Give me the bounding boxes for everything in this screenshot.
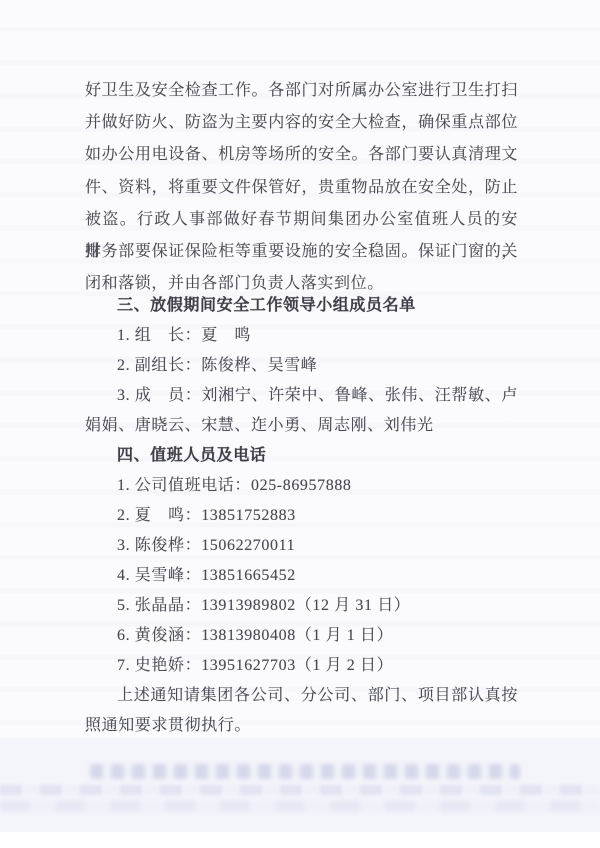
members-line: 3. 成 员：刘湘宁、许荣中、鲁峰、张伟、汪帮敏、卢: [85, 381, 518, 411]
phone-item: 6. 黄俊涵：13813980408（1 月 1 日）: [85, 621, 518, 651]
closing-line: 上述通知请集团各公司、分公司、部门、项目部认真按: [85, 681, 518, 711]
sections-block: 三、放假期间安全工作领导小组成员名单 1. 组 长：夏 鸣 2. 副组长：陈俊桦…: [85, 291, 518, 741]
scan-artifact-band: [0, 738, 600, 832]
scan-artifact-streak: [0, 785, 600, 795]
phone-item: 4. 吴雪峰：13851665452: [85, 561, 518, 591]
body-paragraph: 好卫生及安全检查工作。各部门对所属办公室进行卫生打扫 并做好防火、防盗为主要内容…: [85, 75, 518, 300]
phone-item: 5. 张晶晶：13913989802（12 月 31 日）: [85, 591, 518, 621]
body-text-line: 财务部要保证保险柜等重要设施的安全稳固。保证门窗的关: [85, 236, 518, 268]
body-text-line: 并做好防火、防盗为主要内容的安全大检查，确保重点部位: [85, 107, 518, 139]
body-text-line: 被盗。行政人事部做好春节期间集团办公室值班人员的安排，: [85, 204, 518, 236]
scan-artifact-streak: [0, 800, 600, 812]
body-text-line: 件、资料，将重要文件保管好，贵重物品放在安全处，防止: [85, 172, 518, 204]
body-text-line: 如办公用电设备、机房等场所的安全。各部门要认真清理文: [85, 139, 518, 171]
document-page: 好卫生及安全检查工作。各部门对所属办公室进行卫生打扫 并做好防火、防盗为主要内容…: [0, 0, 600, 848]
scan-artifact-ghost-text: [90, 764, 520, 779]
section-heading-3: 三、放假期间安全工作领导小组成员名单: [85, 291, 518, 321]
members-line-continuation: 娟娟、唐晓云、宋慧、迮小勇、周志刚、刘伟光: [85, 411, 518, 441]
phone-item: 2. 夏 鸣：13851752883: [85, 501, 518, 531]
section-heading-4: 四、值班人员及电话: [85, 441, 518, 471]
page-bottom-margin: [0, 832, 600, 848]
phone-item: 1. 公司值班电话：025-86957888: [85, 471, 518, 501]
phone-item: 3. 陈俊桦：15062270011: [85, 531, 518, 561]
closing-line: 照通知要求贯彻执行。: [85, 711, 518, 741]
deputy-leader-item: 2. 副组长：陈俊桦、吴雪峰: [85, 351, 518, 381]
leader-item: 1. 组 长：夏 鸣: [85, 321, 518, 351]
body-text-line: 好卫生及安全检查工作。各部门对所属办公室进行卫生打扫: [85, 75, 518, 107]
phone-item: 7. 史艳娇：13951627703（1 月 2 日）: [85, 651, 518, 681]
